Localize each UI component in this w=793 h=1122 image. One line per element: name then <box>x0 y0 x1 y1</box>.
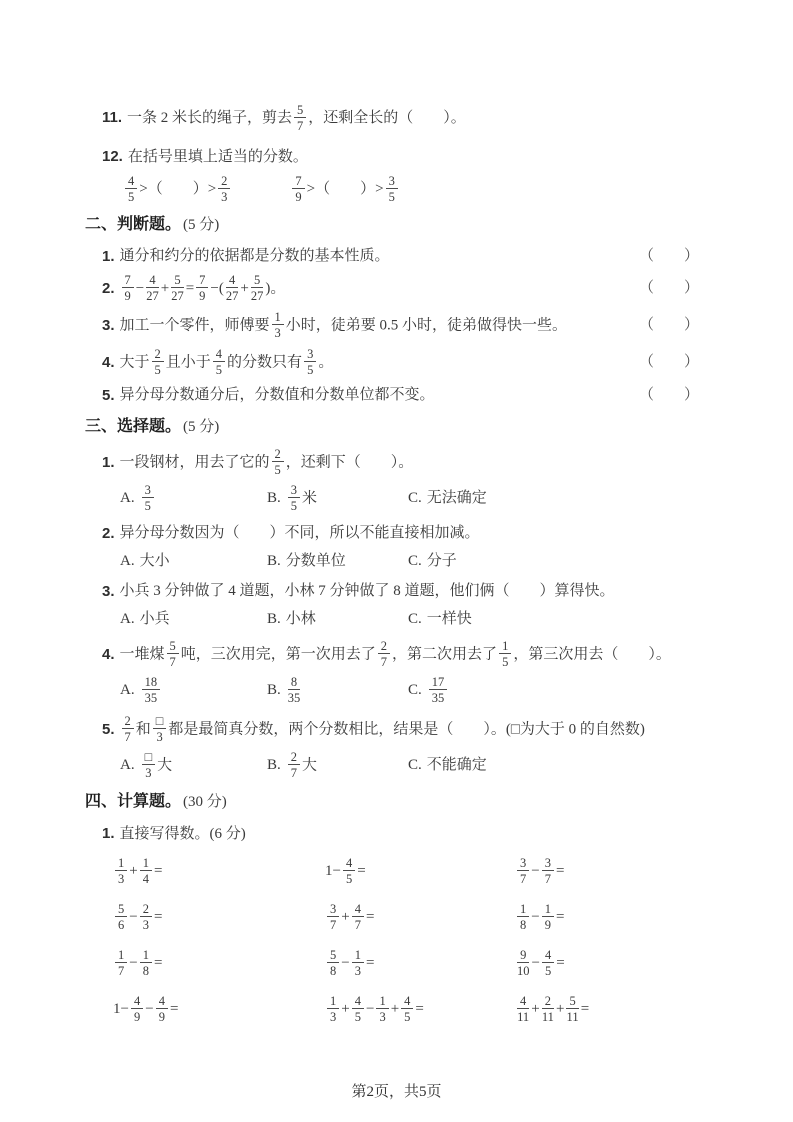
fraction-denominator: 3 <box>275 325 281 340</box>
fraction-numerator: 4 <box>352 994 364 1009</box>
fraction-denominator: 4 <box>143 871 149 886</box>
fraction: 45 <box>343 856 355 886</box>
fraction-numerator: 4 <box>401 994 413 1009</box>
choice-option: B.分数单位 <box>267 551 408 573</box>
fraction-denominator: 10 <box>517 963 530 978</box>
section-points: (5 分) <box>183 217 219 233</box>
fraction-numerator: 5 <box>171 273 183 288</box>
fraction: 211 <box>542 994 554 1024</box>
section-title: 四、计算题。 <box>85 793 181 810</box>
fraction: 427 <box>146 273 159 303</box>
fraction-numerator: 1 <box>542 902 554 917</box>
fraction: 527 <box>171 273 184 303</box>
calc-expression: 17−18= <box>113 947 325 981</box>
fill-question-11: 11.一条 2 米长的绳子，剪去57，还剩全长的（ ）。 <box>85 104 699 134</box>
calc-expression: 910−45= <box>515 947 699 981</box>
option-text: 不能确定 <box>427 755 487 777</box>
fraction: 13 <box>376 994 388 1024</box>
text-run: − <box>145 999 153 1021</box>
fraction: 27 <box>122 714 134 744</box>
text-run: ，第三次用去（ ）。 <box>513 646 671 662</box>
text-run: 一样快 <box>427 611 472 627</box>
question-number: 3. <box>102 315 115 337</box>
calc-expression: 13+14= <box>113 855 325 889</box>
fraction: 35 <box>142 483 154 513</box>
fraction-denominator: 3 <box>156 729 162 744</box>
choice-options: A.大小B.分数单位C.分子 <box>85 551 699 573</box>
fraction: 45 <box>213 347 225 377</box>
fraction-denominator: 27 <box>226 288 239 303</box>
fraction: 37 <box>327 902 339 932</box>
fraction-numerator: 1 <box>115 856 127 871</box>
text-run: = <box>556 861 564 883</box>
fraction-numerator: 5 <box>566 994 578 1009</box>
fraction-numerator: 1 <box>352 948 364 963</box>
fraction-denominator: 3 <box>145 765 151 780</box>
text-run: 不能确定 <box>427 757 487 773</box>
option-text: 1735 <box>427 676 450 706</box>
fraction-numerator: 2 <box>272 447 284 462</box>
fraction: 1735 <box>429 675 448 705</box>
fraction-denominator: 27 <box>146 288 159 303</box>
choice-question: 4.一堆煤57吨，三次用完，第一次用去了27，第二次用去了15，第三次用去（ ）… <box>85 640 699 670</box>
answer-blank: （ ） <box>639 278 699 300</box>
option-label: B. <box>267 488 281 510</box>
calc-expression: 1−49−49= <box>113 993 325 1027</box>
text-run: 大 <box>302 757 317 773</box>
question-number: 2. <box>102 278 115 300</box>
option-text: 一样快 <box>427 609 472 631</box>
text-run: − <box>366 999 374 1021</box>
fraction: 49 <box>131 994 143 1024</box>
fraction: 427 <box>226 273 239 303</box>
calc-expression: 13+45−13+45= <box>325 993 515 1027</box>
text-run: − <box>531 861 539 883</box>
text-run: + <box>531 999 539 1021</box>
fraction-denominator: 5 <box>346 871 352 886</box>
fraction-numerator: 4 <box>125 174 137 189</box>
fraction-numerator: 3 <box>327 902 339 917</box>
fraction-denominator: 9 <box>295 189 301 204</box>
option-text: 小兵 <box>140 609 170 631</box>
fraction-denominator: 7 <box>381 654 387 669</box>
fraction-numerator: □ <box>142 750 156 765</box>
fraction: 79 <box>122 273 134 303</box>
choice-options: A.小兵B.小林C.一样快 <box>85 609 699 631</box>
text-run: 吨，三次用完，第一次用去了 <box>181 646 376 662</box>
answer-blank: （ ） <box>639 385 699 407</box>
text-run: + <box>341 907 349 929</box>
fraction-denominator: 27 <box>251 288 264 303</box>
fraction-numerator: 2 <box>378 639 390 654</box>
fraction: 37 <box>542 856 554 886</box>
option-text: 35 <box>140 484 156 514</box>
fraction: 23 <box>140 902 152 932</box>
question-text: 一条 2 米长的绳子，剪去57，还剩全长的（ ）。 <box>127 110 466 126</box>
text-run: 小林 <box>286 611 316 627</box>
text-run: + <box>161 281 169 297</box>
fraction: 27 <box>378 639 390 669</box>
option-label: B. <box>267 551 281 573</box>
fraction-numerator: 4 <box>146 273 158 288</box>
section-choice-heading: 三、选择题。(5 分) <box>85 415 699 439</box>
text-run: 异分母分数通分后，分数值和分数单位都不变。 <box>120 387 435 403</box>
fraction: 47 <box>352 902 364 932</box>
choice-option: A.1835 <box>120 676 267 706</box>
question-number: 5. <box>102 385 115 407</box>
fraction-denominator: 7 <box>118 963 124 978</box>
fraction: 18 <box>517 902 529 932</box>
question-text: 一段钢材，用去了它的25，还剩下（ ）。 <box>120 448 414 478</box>
fraction-denominator: 3 <box>330 1009 336 1024</box>
fraction: 23 <box>218 174 230 204</box>
fraction: 835 <box>288 675 301 705</box>
choice-options: A.□3大B.27大C.不能确定 <box>85 751 699 781</box>
fraction-denominator: 7 <box>330 917 336 932</box>
fraction-denominator: 7 <box>520 871 526 886</box>
text-run: 异分母分数因为（ ）不同，所以不能直接相加减。 <box>120 525 480 541</box>
fraction-denominator: 9 <box>134 1009 140 1024</box>
text-run: = <box>415 999 423 1021</box>
option-text: 27大 <box>286 751 317 781</box>
text-run: 大小 <box>140 553 170 569</box>
text-run: 小时，徒弟要 0.5 小时，徒弟做得快一些。 <box>286 318 567 334</box>
text-run: − <box>531 907 539 929</box>
fraction-numerator: 4 <box>517 994 529 1009</box>
fraction-denominator: 7 <box>291 765 297 780</box>
fraction-denominator: 5 <box>145 498 151 513</box>
fraction-numerator: 2 <box>122 714 134 729</box>
text-run: 米 <box>302 490 317 506</box>
fraction-denominator: 7 <box>355 917 361 932</box>
option-label: C. <box>408 488 422 510</box>
fraction-numerator: 2 <box>152 347 164 362</box>
option-text: 35米 <box>286 484 317 514</box>
text-run: = <box>170 999 178 1021</box>
choice-option: C.1735 <box>408 676 449 706</box>
fraction-inequality-row: 45>（ ）>2379>（ ）>35 <box>85 181 400 197</box>
fraction-numerator: 7 <box>122 273 134 288</box>
page-footer: 第2页，共5页 <box>0 1082 793 1104</box>
fraction-numerator: 4 <box>542 948 554 963</box>
question-text: 在括号里填上适当的分数。 <box>128 149 308 165</box>
fraction-denominator: 5 <box>275 462 281 477</box>
text-run: >（ ）> <box>139 181 216 197</box>
fraction-numerator: 4 <box>131 994 143 1009</box>
fraction-denominator: 8 <box>143 963 149 978</box>
question-number: 2. <box>102 523 115 545</box>
fraction: □3 <box>153 714 167 744</box>
text-run: = <box>366 953 374 975</box>
text-run: = <box>581 999 589 1021</box>
option-text: 分数单位 <box>286 551 346 573</box>
fraction-numerator: 8 <box>288 675 300 690</box>
text-run: = <box>556 907 564 929</box>
calc-expression: 37+47= <box>325 901 515 935</box>
fraction-numerator: 1 <box>327 994 339 1009</box>
choice-options: A.1835B.835C.1735 <box>85 676 699 706</box>
statement-text: 加工一个零件，师傅要13小时，徒弟要 0.5 小时，徒弟做得快一些。 <box>120 311 568 341</box>
fraction-numerator: 1 <box>517 902 529 917</box>
fraction-numerator: 4 <box>226 273 238 288</box>
text-run: 和 <box>136 721 151 737</box>
fraction-denominator: 5 <box>389 189 395 204</box>
choice-question: 5.27和□3都是最简真分数，两个分数相比，结果是（ ）。(□为大于 0 的自然… <box>85 715 699 745</box>
fraction-numerator: 5 <box>251 273 263 288</box>
option-label: C. <box>408 551 422 573</box>
text-run: ，还剩全长的（ ）。 <box>308 110 466 126</box>
fraction: 19 <box>542 902 554 932</box>
calc-expression: 56−23= <box>113 901 325 935</box>
fraction: 411 <box>517 994 529 1024</box>
fraction-denominator: 5 <box>545 963 551 978</box>
choice-option: C.分子 <box>408 551 457 573</box>
fraction: 57 <box>167 639 179 669</box>
fraction-numerator: 3 <box>386 174 398 189</box>
choice-option: A.大小 <box>120 551 267 573</box>
text-run: = <box>186 281 194 297</box>
text-run: = <box>154 861 162 883</box>
sub-question-text: 直接写得数。 <box>120 826 210 842</box>
fraction-denominator: 7 <box>125 729 131 744</box>
text-run: − <box>136 281 144 297</box>
question-number: 4. <box>102 644 115 666</box>
fraction: 27 <box>288 750 300 780</box>
section-title: 三、选择题。 <box>85 418 181 435</box>
fraction: 79 <box>196 273 208 303</box>
question-number: 1. <box>102 452 115 474</box>
question-text: 27和□3都是最简真分数，两个分数相比，结果是（ ）。(□为大于 0 的自然数) <box>120 715 645 745</box>
sub-question-number: 1. <box>102 825 115 842</box>
fraction: 25 <box>272 447 284 477</box>
answer-blank: （ ） <box>639 315 699 337</box>
fraction-denominator: 11 <box>542 1009 554 1024</box>
fraction-numerator: 1 <box>376 994 388 1009</box>
calc-expression: 411+211+511= <box>515 993 699 1027</box>
option-text: □3大 <box>140 751 173 781</box>
fraction-denominator: 5 <box>355 1009 361 1024</box>
fraction-denominator: 6 <box>118 917 124 932</box>
calc-expression: 18−19= <box>515 901 699 935</box>
text-run: 小兵 3 分钟做了 4 道题，小林 7 分钟做了 8 道题，他们俩（ ）算得快。 <box>120 583 615 599</box>
answer-blank: （ ） <box>639 352 699 374</box>
calc-expression: 1−45= <box>325 855 515 889</box>
fraction-numerator: □ <box>153 714 167 729</box>
option-label: B. <box>267 755 281 777</box>
fraction: 910 <box>517 948 530 978</box>
fraction: 56 <box>115 902 127 932</box>
text-run: = <box>366 907 374 929</box>
text-run: − <box>532 953 540 975</box>
text-run: 一条 2 米长的绳子，剪去 <box>127 110 292 126</box>
text-run: )。 <box>265 281 285 297</box>
option-label: C. <box>408 609 422 631</box>
fraction: 45 <box>352 994 364 1024</box>
fraction-denominator: 3 <box>221 189 227 204</box>
judgement-statement: 5.异分母分数通分后，分数值和分数单位都不变。 <box>102 385 631 407</box>
fraction-denominator: 11 <box>517 1009 529 1024</box>
option-label: A. <box>120 755 135 777</box>
choice-option: A.35 <box>120 484 267 514</box>
option-label: C. <box>408 680 422 702</box>
option-label: C. <box>408 755 422 777</box>
text-run: 大于 <box>120 355 150 371</box>
choice-list: 1.一段钢材，用去了它的25，还剩下（ ）。A.35B.35米C.无法确定2.异… <box>85 448 699 781</box>
judgement-item: 5.异分母分数通分后，分数值和分数单位都不变。（ ） <box>85 385 699 407</box>
fraction-denominator: 8 <box>520 917 526 932</box>
fraction-denominator: 3 <box>379 1009 385 1024</box>
judgement-statement: 4.大于25且小于45的分数只有35。 <box>102 348 631 378</box>
fraction-denominator: 9 <box>199 288 205 303</box>
fraction-denominator: 5 <box>155 362 161 377</box>
fraction-denominator: 5 <box>404 1009 410 1024</box>
fraction-denominator: 9 <box>159 1009 165 1024</box>
fraction-numerator: 3 <box>517 856 529 871</box>
fraction: 1835 <box>142 675 161 705</box>
option-label: A. <box>120 680 135 702</box>
calc-expression: 58−13= <box>325 947 515 981</box>
text-run: 且小于 <box>166 355 211 371</box>
fraction: 15 <box>499 639 511 669</box>
choice-option: C.不能确定 <box>408 755 487 777</box>
fraction-numerator: 18 <box>142 675 161 690</box>
fraction-numerator: 1 <box>499 639 511 654</box>
sub-question-points: (6 分) <box>210 826 246 842</box>
fraction-numerator: 1 <box>115 948 127 963</box>
question-text: 小兵 3 分钟做了 4 道题，小林 7 分钟做了 8 道题，他们俩（ ）算得快。 <box>120 581 615 603</box>
fill-question-12: 12.在括号里填上适当的分数。 <box>85 146 699 169</box>
option-label: B. <box>267 680 281 702</box>
option-label: A. <box>120 609 135 631</box>
option-text: 835 <box>286 676 303 706</box>
text-run: = <box>556 953 564 975</box>
text-run: = <box>154 907 162 929</box>
option-label: A. <box>120 488 135 510</box>
fraction-numerator: 4 <box>352 902 364 917</box>
text-run: 一段钢材，用去了它的 <box>120 454 270 470</box>
text-run: 一堆煤 <box>120 646 165 662</box>
fraction: 57 <box>294 103 306 133</box>
fraction: 13 <box>327 994 339 1024</box>
option-text: 分子 <box>427 551 457 573</box>
text-run: 小兵 <box>140 611 170 627</box>
fraction-numerator: 3 <box>288 483 300 498</box>
fraction: 18 <box>140 948 152 978</box>
fraction: 527 <box>251 273 264 303</box>
text-run: 的分数只有 <box>227 355 302 371</box>
section-calc-heading: 四、计算题。(30 分) <box>85 790 699 814</box>
text-run: 加工一个零件，师傅要 <box>120 318 270 334</box>
fraction: 13 <box>272 310 284 340</box>
fraction: 45 <box>542 948 554 978</box>
choice-option: B.27大 <box>267 751 408 781</box>
fraction-denominator: 5 <box>291 498 297 513</box>
statement-text: 异分母分数通分后，分数值和分数单位都不变。 <box>120 385 435 407</box>
choice-option: A.□3大 <box>120 751 267 781</box>
fraction-denominator: 5 <box>128 189 134 204</box>
fraction-numerator: 1 <box>140 856 152 871</box>
text-run: 通分和约分的依据都是分数的基本性质。 <box>120 248 390 264</box>
exam-page: 11.一条 2 米长的绳子，剪去57，还剩全长的（ ）。 12.在括号里填上适当… <box>0 0 793 1122</box>
fraction-denominator: 27 <box>171 288 184 303</box>
question-number: 3. <box>102 581 115 603</box>
text-run: + <box>240 281 248 297</box>
fraction-numerator: 2 <box>542 994 554 1009</box>
question-number: 11. <box>102 109 122 126</box>
fraction: 25 <box>152 347 164 377</box>
text-run: + <box>129 861 137 883</box>
question-text: 异分母分数因为（ ）不同，所以不能直接相加减。 <box>120 523 480 545</box>
choice-option: C.无法确定 <box>408 488 487 510</box>
judgement-item: 1.通分和约分的依据都是分数的基本性质。（ ） <box>85 246 699 268</box>
calc-subheading: 1.直接写得数。(6 分) <box>85 823 699 846</box>
choice-option: B.小林 <box>267 609 408 631</box>
fraction-denominator: 35 <box>145 690 158 705</box>
choice-question: 3.小兵 3 分钟做了 4 道题，小林 7 分钟做了 8 道题，他们俩（ ）算得… <box>85 581 699 603</box>
choice-option: A.小兵 <box>120 609 267 631</box>
text-run: 1− <box>325 861 341 883</box>
text-run: 大 <box>157 757 172 773</box>
fraction: □3 <box>142 750 156 780</box>
statement-text: 大于25且小于45的分数只有35。 <box>120 348 334 378</box>
question-number: 1. <box>102 246 115 268</box>
question-number: 5. <box>102 719 115 741</box>
judgement-item: 2.79−427+527=79−(427+527)。（ ） <box>85 274 699 304</box>
choice-option: B.35米 <box>267 484 408 514</box>
fraction: 35 <box>304 347 316 377</box>
text-run: + <box>341 999 349 1021</box>
fraction-numerator: 9 <box>517 948 529 963</box>
fraction-numerator: 2 <box>288 750 300 765</box>
judgement-statement: 1.通分和约分的依据都是分数的基本性质。 <box>102 246 631 268</box>
text-run: 。 <box>318 355 333 371</box>
text-run: 分子 <box>427 553 457 569</box>
fraction-denominator: 3 <box>118 871 124 886</box>
statement-text: 通分和约分的依据都是分数的基本性质。 <box>120 246 390 268</box>
choice-question: 1.一段钢材，用去了它的25，还剩下（ ）。 <box>85 448 699 478</box>
fraction: 79 <box>292 174 304 204</box>
choice-option: C.一样快 <box>408 609 472 631</box>
text-run: − <box>129 953 137 975</box>
fraction-denominator: 11 <box>567 1009 579 1024</box>
option-label: A. <box>120 551 135 573</box>
fraction-numerator: 3 <box>304 347 316 362</box>
judgement-statement: 3.加工一个零件，师傅要13小时，徒弟要 0.5 小时，徒弟做得快一些。 <box>102 311 631 341</box>
text-run: 都是最简真分数，两个分数相比，结果是（ ）。(□为大于 0 的自然数) <box>168 721 645 737</box>
text-run: = <box>154 953 162 975</box>
text-run: + <box>391 999 399 1021</box>
fraction-numerator: 7 <box>196 273 208 288</box>
fraction-numerator: 3 <box>142 483 154 498</box>
fraction: 17 <box>115 948 127 978</box>
fraction-denominator: 35 <box>288 690 301 705</box>
section-points: (30 分) <box>183 794 227 810</box>
answer-blank: （ ） <box>639 246 699 268</box>
calc-grid: 13+14=1−45=37−37=56−23=37+47=18−19=17−18… <box>85 855 699 1027</box>
judgement-statement: 2.79−427+527=79−(427+527)。 <box>102 274 631 304</box>
text-run: − <box>129 907 137 929</box>
section-judge-heading: 二、判断题。(5 分) <box>85 213 699 237</box>
fraction-numerator: 2 <box>218 174 230 189</box>
text-run: 1− <box>113 999 129 1021</box>
fraction-numerator: 4 <box>213 347 225 362</box>
judgement-list: 1.通分和约分的依据都是分数的基本性质。（ ）2.79−427+527=79−(… <box>85 246 699 408</box>
fraction-denominator: 7 <box>170 654 176 669</box>
section-points: (5 分) <box>183 419 219 435</box>
fraction-denominator: 7 <box>545 871 551 886</box>
option-text: 小林 <box>286 609 316 631</box>
fraction-denominator: 8 <box>330 963 336 978</box>
